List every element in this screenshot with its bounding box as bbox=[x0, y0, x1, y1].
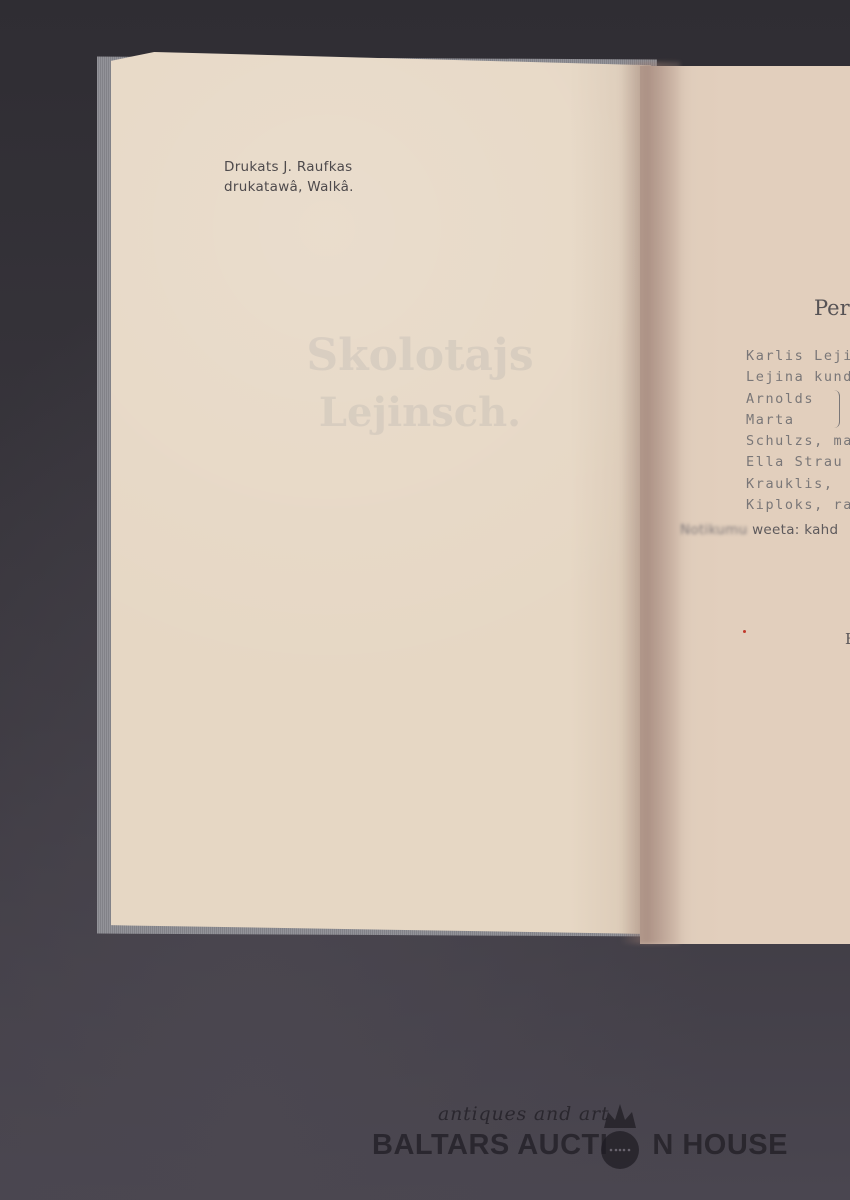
cast-item: Kiploks, ra bbox=[746, 495, 850, 516]
cast-heading: Per bbox=[814, 296, 850, 320]
cast-item: Schulzs, ma bbox=[746, 431, 850, 452]
imprint-line-1: Drukats J. Raufkas bbox=[224, 157, 354, 177]
printer-imprint: Drukats J. Raufkas drukatawâ, Walkâ. bbox=[224, 157, 354, 197]
cast-item: Ella Strau bbox=[746, 452, 850, 473]
cast-list: Karlis Leji Lejina kund Arnolds Marta Sc… bbox=[746, 346, 850, 516]
scene-setting: Notikumu weeta: kahd bbox=[680, 522, 838, 538]
auction-house-watermark: antiques and art BALTARS AUCTIN HOUSE bbox=[372, 1100, 772, 1170]
watermark-name-right: N HOUSE bbox=[652, 1129, 788, 1161]
scene-label: Notikumu bbox=[680, 522, 747, 538]
scene-text: weeta: kahd bbox=[752, 522, 838, 538]
crown-orb-icon bbox=[598, 1100, 642, 1170]
left-page bbox=[111, 52, 651, 934]
watermark-tagline: antiques and art bbox=[438, 1103, 609, 1125]
watermark-name: BALTARS AUCTIN HOUSE bbox=[372, 1129, 788, 1162]
act-heading-initial: E bbox=[845, 630, 850, 648]
cast-item: Krauklis, bbox=[746, 474, 850, 495]
watermark-name-left: BALTARS AUCTI bbox=[372, 1129, 608, 1161]
brace-icon bbox=[833, 390, 840, 428]
ink-spot bbox=[743, 630, 746, 633]
cast-item: Karlis Leji bbox=[746, 346, 850, 367]
imprint-line-2: drukatawâ, Walkâ. bbox=[224, 177, 354, 197]
cast-item: Lejina kund bbox=[746, 367, 850, 388]
book-gutter bbox=[620, 62, 680, 944]
